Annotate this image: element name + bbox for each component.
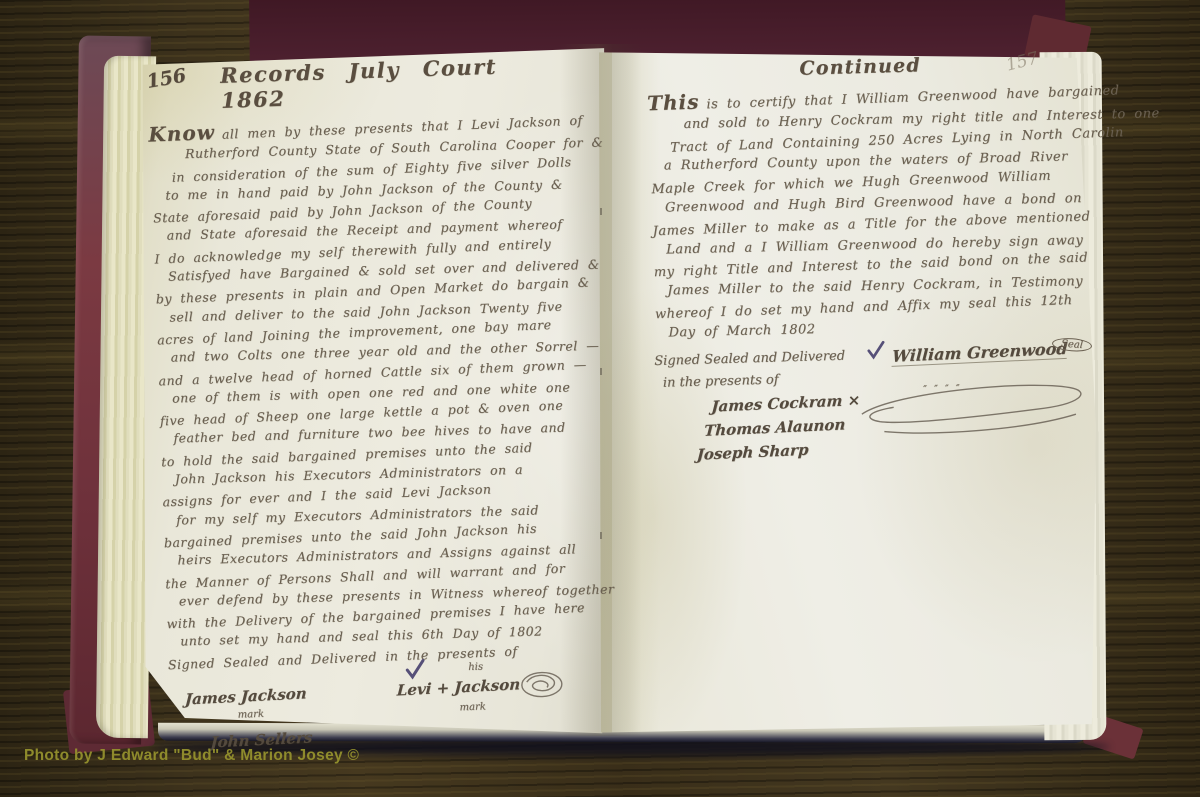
witness-signature: Joseph Sharp <box>696 440 809 463</box>
right-page-manuscript: Continued Thisis to certify that I Willi… <box>646 50 1086 501</box>
right-page-signature-area: Signed Sealed and Delivered William Gree… <box>654 340 1086 502</box>
left-page-number: 156 <box>145 64 188 92</box>
binding-stitch <box>600 368 602 375</box>
check-mark-icon <box>866 339 887 360</box>
left-page-signature-area: James Jackson mark John Sellers his Levi… <box>166 666 601 790</box>
ditto-marks: ″ ″ ″ ″ <box>923 383 962 395</box>
mark-note: mark <box>459 701 486 713</box>
left-page-title: Records July Court 1862 <box>220 51 580 113</box>
binding-stitch <box>600 208 602 215</box>
photo-of-record-book: 156 Records July Court 1862 Knowall men … <box>0 0 1200 797</box>
left-page-manuscript: 156 Records July Court 1862 Knowall men … <box>146 51 602 790</box>
seal-scribble <box>518 669 565 701</box>
mark-note: mark <box>238 709 265 721</box>
flourish-scribble <box>855 373 1092 444</box>
check-mark-icon <box>404 657 427 680</box>
witness-signature: James Cockram × <box>711 390 861 415</box>
photo-credit-watermark: Photo by J Edward "Bud" & Marion Josey © <box>24 747 359 765</box>
binding-stitch <box>600 532 602 539</box>
closing-line: Signed Sealed and Delivered <box>654 348 845 368</box>
grantor-signature: William Greenwood <box>892 338 1069 366</box>
mark-note: his <box>468 662 483 673</box>
witness-signature: James Jackson <box>185 684 308 708</box>
closing-line: in the presents of <box>663 372 779 390</box>
right-page-title: Continued <box>799 54 921 79</box>
witness-signature: Thomas Alaunon <box>704 415 846 439</box>
left-page-body: Knowall men by these presents that I Lev… <box>148 109 598 674</box>
opening-word: This <box>647 90 700 116</box>
right-page-body: Thisis to certify that I William Greenwo… <box>647 80 1082 345</box>
